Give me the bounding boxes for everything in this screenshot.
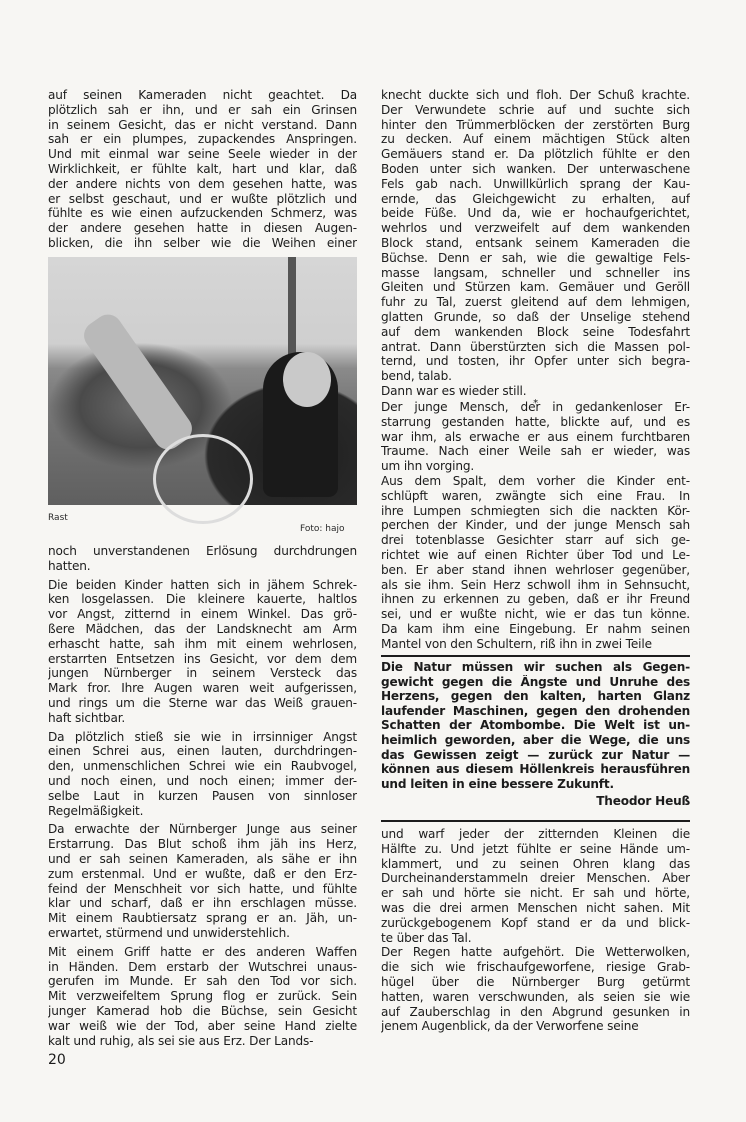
text-line: und leiten in eine bessere Zukunft.: [381, 777, 690, 792]
photo-chimney: [288, 257, 296, 357]
text-line: jungen Nürnberger in seinem Versteck das: [48, 666, 357, 681]
text-line: te über das Tal.: [381, 931, 690, 946]
text-line: klammert, und zu seinen Ohren klang das: [381, 857, 690, 872]
photo-boys-resting: [48, 257, 357, 505]
text-line: Der Regen hatte aufgehört. Die Wetterwol…: [381, 945, 690, 960]
text-line: und rings um die Sterne war das Weiß gra…: [48, 696, 357, 711]
text-line: gewicht gegen die Ängste und Unruhe des: [381, 675, 690, 690]
text-line: Regelmäßigkeit.: [48, 804, 357, 819]
text-line: Mit verzweifeltem Sprung flog er zurück.…: [48, 989, 357, 1004]
text-line: den, unmenschlichen Schrei wie ein Raubv…: [48, 759, 357, 774]
photo-bicycle-wheel: [153, 434, 253, 524]
text-line: richtet wie auf einen Richter über Tod u…: [381, 548, 690, 563]
text-line: Block stand, entsank seinem Kameraden di…: [381, 236, 690, 251]
right-column-bottom-text: und warf jeder der zitternden Kleinen di…: [381, 827, 690, 1034]
paragraph: noch unverstandenen Erlösung durchdrunge…: [48, 544, 357, 574]
quote-bottom-rule: [381, 820, 690, 822]
text-line: Da kam ihm eine Eingebung. Er nahm seine…: [381, 622, 690, 637]
text-line: auf Zauberschlag in den Abgrund gesunken…: [381, 1005, 690, 1020]
text-line: Gemäuers stand er. Da plötzlich fühlte e…: [381, 147, 690, 162]
text-line: können aus diesem Höllenkreis herausführ…: [381, 762, 690, 777]
text-line: wehrlos und verzweifelt auf dem wankende…: [381, 221, 690, 236]
text-line: erstarrten Entsetzen ins Gesicht, vor de…: [48, 652, 357, 667]
text-line: die sich wie frischaufgeworfene, riesige…: [381, 960, 690, 975]
text-line: Aus dem Spalt, dem vorher die Kinder ent…: [381, 474, 690, 489]
text-line: und er sah seinen Kameraden, als sähe er…: [48, 852, 357, 867]
paragraph: auf seinen Kameraden nicht geachtet. Dap…: [48, 88, 357, 251]
text-line: starrung gestanden hatte, blickte auf, u…: [381, 415, 690, 430]
text-line: glatten Grunde, so daß der Unselige steh…: [381, 310, 690, 325]
text-line: der andere gesehen hatte in diesen Augen…: [48, 221, 357, 236]
quote-box: Die Natur müssen wir suchen als Gegen-ge…: [381, 660, 690, 809]
text-line: der andere nichts von dem gesehen hatte,…: [48, 177, 357, 192]
text-line: in seinem Gesicht, das er nicht verstand…: [48, 118, 357, 133]
text-line: Fels gab nach. Unwillkürlich sprang der …: [381, 177, 690, 192]
text-line: beide Füße. Und da, wie er hochaufgerich…: [381, 206, 690, 221]
text-line: erwartet, stürmend und unwiderstehlich.: [48, 926, 357, 941]
text-line: Und mit einmal war seine Seele wieder in…: [48, 147, 357, 162]
text-line: er selbst geschaut, und er wußte plötzli…: [48, 192, 357, 207]
photo-raised-leg: [79, 309, 198, 455]
text-line: vor Angst, zitternd in einem Winkel. Das…: [48, 607, 357, 622]
text-line: und warf jeder der zitternden Kleinen di…: [381, 827, 690, 842]
text-line: Da plötzlich stieß sie wie in irrsinnige…: [48, 730, 357, 745]
text-line: noch unverstandenen Erlösung durchdrunge…: [48, 544, 357, 559]
text-line: Büchse. Denn er sah, wie die gewaltige F…: [381, 251, 690, 266]
text-line: ßere Mädchen, das der Landsknecht am Arm: [48, 622, 357, 637]
text-line: antrat. Dann überstürzten sich die Masse…: [381, 340, 690, 355]
text-line: masse langsam, schneller und schneller i…: [381, 266, 690, 281]
text-line: er sah und hörte sie nicht. Er sah und h…: [381, 886, 690, 901]
text-line: kalt und ruhig, als sei sie aus Erz. Der…: [48, 1034, 357, 1049]
text-line: Herzens, gegen den kalten, harten Glanz: [381, 689, 690, 704]
text-line: sei, und er wußte nicht, wie er das tun …: [381, 607, 690, 622]
text-line: knecht duckte sich und floh. Der Schuß k…: [381, 88, 690, 103]
text-line: auf dem wankenden Block seine Todesfahrt: [381, 325, 690, 340]
text-line: Gleiten und Stürzen kam. Gemäuer und Ger…: [381, 280, 690, 295]
text-line: jenem Augenblick, da der Verworfene sein…: [381, 1019, 690, 1034]
text-line: ternd, und tosten, ihr Opfer unter sich …: [381, 354, 690, 369]
text-line: drei totenblasse Gesichter starr auf sic…: [381, 533, 690, 548]
text-line: plötzlich sah er ihn, und er sah ein Gri…: [48, 103, 357, 118]
quote-text: Die Natur müssen wir suchen als Gegen-ge…: [381, 660, 690, 791]
text-line: Traume. Nach einer Weile sah er wieder, …: [381, 444, 690, 459]
text-line: Der Verwundete schrie auf und suchte sic…: [381, 103, 690, 118]
text-line: hügel über die Nürnberger Burg getürmt: [381, 975, 690, 990]
text-line: was die drei armen Menschen nicht sahen.…: [381, 901, 690, 916]
text-line: laufender Maschinen, gegen den drohenden: [381, 704, 690, 719]
paragraph: Da erwachte der Nürnberger Junge aus sei…: [48, 822, 357, 940]
text-line: als sie ihm. Sein Herz schwoll ihm in Se…: [381, 578, 690, 593]
text-line: junger Kamerad hob die Büchse, sein Gesi…: [48, 1004, 357, 1019]
text-line: selbe Laut in kurzen Pausen von sinnlose…: [48, 789, 357, 804]
paragraph: und warf jeder der zitternden Kleinen di…: [381, 827, 690, 945]
text-line: schlüpft waren, zwängte sich eine Frau. …: [381, 489, 690, 504]
paragraph: Der Regen hatte aufgehört. Die Wetterwol…: [381, 945, 690, 1034]
text-line: Die beiden Kinder hatten sich in jähem S…: [48, 578, 357, 593]
text-line: ernde, das Gleichgewicht zu erhalten, au…: [381, 192, 690, 207]
text-line: und noch einen, und noch einen; immer de…: [48, 774, 357, 789]
text-line: Dann war es wieder still.: [381, 384, 690, 399]
text-line: haft sichtbar.: [48, 711, 357, 726]
text-line: Mark fror. Ihre Augen waren weit aufgeri…: [48, 681, 357, 696]
text-line: heimlich geworden, aber die Wege, die un…: [381, 733, 690, 748]
text-line: zurückgebogenem Kopf stand er da und bli…: [381, 916, 690, 931]
text-line: Mit einem Griff hatte er des anderen Waf…: [48, 945, 357, 960]
text-line: auf seinen Kameraden nicht geachtet. Da: [48, 88, 357, 103]
paragraph: Aus dem Spalt, dem vorher die Kinder ent…: [381, 474, 690, 652]
text-line: in Händen. Dem erstarb der Wutschrei una…: [48, 960, 357, 975]
quote-author: Theodor Heuß: [381, 794, 690, 809]
text-line: erhascht hatte, sah ihm mit einem wehrlo…: [48, 637, 357, 652]
text-line: Die Natur müssen wir suchen als Gegen-: [381, 660, 690, 675]
paragraph: Die beiden Kinder hatten sich in jähem S…: [48, 578, 357, 726]
text-line: feind der Menschheit vor sich hatte, und…: [48, 882, 357, 897]
right-column-top-text: knecht duckte sich und floh. Der Schuß k…: [381, 88, 690, 409]
text-line: ihre Lumpen schmiegten sich die nackten …: [381, 504, 690, 519]
text-line: Mantel von den Schultern, riß ihn in zwe…: [381, 637, 690, 652]
page-number: 20: [48, 1052, 66, 1068]
paragraph: Mit einem Griff hatte er des anderen Waf…: [48, 945, 357, 1049]
paragraph: Da plötzlich stieß sie wie in irrsinnige…: [48, 730, 357, 819]
photo-caption: Rast: [48, 513, 68, 523]
text-line: blicken, die ihn selber wie die Weihen e…: [48, 236, 357, 251]
quote-top-rule: [381, 655, 690, 657]
text-line: Wirklichkeit, er fühlte kalt, hart und k…: [48, 162, 357, 177]
text-line: fuhr zu Tal, zuerst gleitend auf dem leh…: [381, 295, 690, 310]
text-line: gerufen im Munde. Er sah den Tod vor sic…: [48, 974, 357, 989]
paragraph: knecht duckte sich und floh. Der Schuß k…: [381, 88, 690, 384]
right-column-middle-text: Der junge Mensch, der in gedankenloser E…: [381, 400, 690, 652]
text-line: zum erstenmal. Und er wußte, daß er den …: [48, 867, 357, 882]
photo-boy-head: [283, 352, 331, 407]
paragraph: Der junge Mensch, der in gedankenloser E…: [381, 400, 690, 474]
text-line: das Gewissen zeigt — zurück zur Natur —: [381, 748, 690, 763]
text-line: Schatten der Atombombe. Die Welt ist un-: [381, 718, 690, 733]
text-line: Boden unter sich wanken. Der unterwasche…: [381, 162, 690, 177]
text-line: perchen der Kinder, und der junge Mensch…: [381, 518, 690, 533]
text-line: Mit einem Raubtiersatz sprang er an. Jäh…: [48, 911, 357, 926]
text-line: Erstarrung. Das Blut schoß ihm jäh ins H…: [48, 837, 357, 852]
photo-credit: Foto: hajo: [300, 524, 345, 534]
text-line: Durcheinanderstammeln dreier Menschen. A…: [381, 871, 690, 886]
text-line: war weiß wie der Tod, aber seine Hand zi…: [48, 1019, 357, 1034]
text-line: sah er ein plumpes, zupackendes Anspring…: [48, 132, 357, 147]
text-line: Da erwachte der Nürnberger Junge aus sei…: [48, 822, 357, 837]
left-column-top-text: auf seinen Kameraden nicht geachtet. Dap…: [48, 88, 357, 251]
text-line: hatten, waren verschwunden, als seien si…: [381, 990, 690, 1005]
text-line: hatten.: [48, 559, 357, 574]
left-column-bottom-text: noch unverstandenen Erlösung durchdrunge…: [48, 544, 357, 1048]
text-line: um ihn vorging.: [381, 459, 690, 474]
text-line: zu decken. Auf einem mächtigen Stück alt…: [381, 132, 690, 147]
text-line: ihnen zu erkennen zu geben, daß er ihr F…: [381, 592, 690, 607]
text-line: bend, talab.: [381, 369, 690, 384]
text-line: ben. Er aber stand ihnen wehrloser gegen…: [381, 563, 690, 578]
text-line: war ihm, als erwache er aus einem furcht…: [381, 430, 690, 445]
text-line: fühlte es wie einen aufzuckenden Schmerz…: [48, 206, 357, 221]
text-line: einen Schrei aus, einen lauten, durchdri…: [48, 744, 357, 759]
text-line: Der junge Mensch, der in gedankenloser E…: [381, 400, 690, 415]
text-line: Hälfte zu. Und jetzt fühlte er seine Hän…: [381, 842, 690, 857]
text-line: ken losgelassen. Die kleinere kauerte, h…: [48, 592, 357, 607]
text-line: hinter den Trümmerblöcken der zerstörten…: [381, 118, 690, 133]
paragraph: Dann war es wieder still.: [381, 384, 690, 399]
text-line: klar und scharf, daß er ihn erschlagen m…: [48, 896, 357, 911]
